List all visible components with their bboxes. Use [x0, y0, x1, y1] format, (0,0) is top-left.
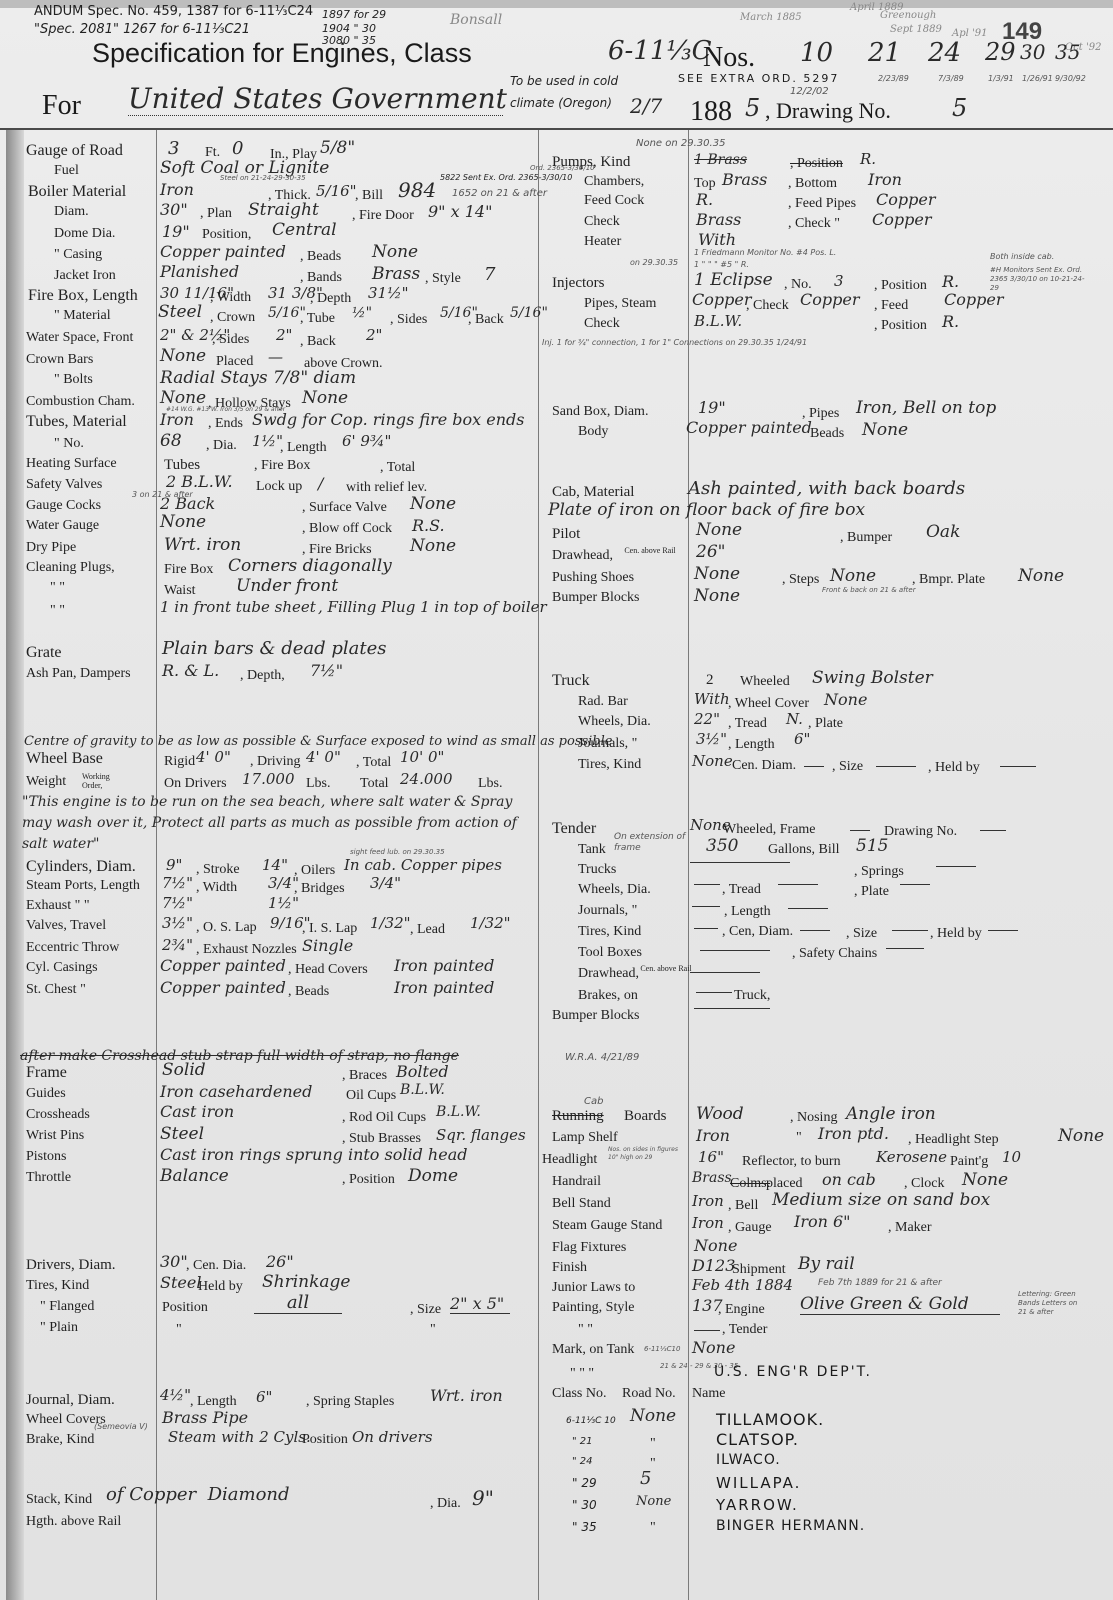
bumper-value: Oak: [926, 522, 960, 542]
cab-value: Ash painted, with back boards: [688, 478, 965, 499]
bumper-plate-value: None: [1018, 566, 1064, 586]
placed-value: —: [268, 348, 283, 366]
tender-springs-dash: [936, 866, 976, 867]
steps-value: None: [830, 566, 876, 586]
cleaning-firebox-value: Corners diagonally: [228, 556, 392, 576]
brake-value: Steam with 2 Cyls.: [168, 1428, 311, 1446]
pencil-name-bonsall: Bonsall: [450, 12, 502, 28]
lamp-shelf-value: Iron: [696, 1126, 730, 1145]
row-class-no: " 21: [572, 1436, 593, 1447]
nos-date-35: 9/30/92: [1055, 74, 1086, 83]
feed-pipes-label: , Feed Pipes: [788, 196, 856, 212]
monitor-note-3: Both inside cab.: [990, 252, 1054, 261]
casing-beads: None: [372, 242, 418, 262]
placed-value-2: on cab: [822, 1170, 876, 1189]
body-label: Body: [578, 424, 608, 440]
nos-35: 35: [1055, 40, 1080, 64]
nos-label: Nos.: [703, 42, 755, 74]
ash-pan-value: R. & L.: [162, 661, 219, 680]
extra-ord: SEE EXTRA ORD. 5297: [678, 72, 839, 85]
tender-length-label: , Length: [724, 904, 771, 920]
truck-length-label: , Length: [728, 737, 775, 753]
heater-label: Heater: [584, 234, 621, 250]
tubes-length-label: , Length: [280, 440, 327, 456]
inj-check-position-label: , Position: [874, 318, 927, 334]
flag-fixtures-value: None: [694, 1236, 737, 1255]
sand-box-value: 19": [698, 398, 726, 417]
tender-wheels-dash: [694, 884, 720, 885]
pistons-label: Pistons: [26, 1149, 66, 1165]
blow-off-value: R.S.: [412, 516, 445, 535]
steam-gauge-value: Iron: [692, 1214, 724, 1232]
journal-value: 4½": [160, 1386, 191, 1404]
firebox-depth: 31½": [368, 284, 409, 302]
drawing-value: 5: [952, 94, 967, 122]
tender-springs-label: , Springs: [854, 864, 904, 880]
steam-width-label: , Width: [196, 880, 237, 896]
jacket-label: Jacket Iron: [54, 268, 116, 284]
tender-journals-label: Journals, ": [578, 903, 637, 919]
truck-length-value: 6": [794, 730, 810, 748]
tender-size-dash: [892, 930, 928, 931]
nos-30: 30: [1020, 40, 1045, 64]
mark-ditto-value: U.S. ENG'R DEP'T.: [714, 1364, 872, 1380]
truck-size-label: , Size: [832, 759, 863, 775]
mark-on-tank-label: Mark, on Tank: [552, 1342, 634, 1358]
water-sides-label: , Sides: [212, 332, 249, 348]
gauge-cocks-value: 2 Back: [160, 494, 215, 513]
tires-label: Tires, Kind: [26, 1278, 89, 1294]
lockup-label: Lock up: [256, 479, 302, 495]
gauge-ft: 3: [168, 138, 179, 159]
cyl-casings-label: Cyl. Casings: [26, 960, 98, 976]
mark-note: 6-11⅓C10: [644, 1345, 680, 1353]
boiler-bill: 984: [398, 178, 436, 202]
bands-value: Brass: [372, 264, 420, 284]
drawhead-sub-label: Cen. above Rail: [620, 546, 680, 555]
flanged-position-value: all: [254, 1292, 342, 1314]
bridges-label: , Bridges: [294, 881, 345, 897]
painting-style-label: Painting, Style: [552, 1300, 634, 1316]
brake-label: Brake, Kind: [26, 1432, 94, 1448]
throttle-position-label: , Position: [342, 1172, 395, 1188]
boards-label-struck: Running: [552, 1108, 604, 1125]
truck-wheeled-label: Wheeled: [740, 674, 790, 690]
braces-label: , Braces: [342, 1068, 387, 1084]
lockup-value: /: [318, 474, 323, 493]
tender-length-dash: [788, 908, 828, 909]
ash-pan-label: Ash Pan, Dampers: [26, 666, 131, 682]
firebox-material: Steel: [158, 302, 202, 322]
safety-chains-dash: [886, 948, 924, 949]
grate-value: Plain bars & dead plates: [162, 638, 387, 659]
nos-29: 29: [985, 38, 1016, 66]
pumps-label: Pumps, Kind: [552, 154, 630, 171]
driving-value: 4' 0": [306, 748, 341, 766]
injector-connection-note: Inj. 1 for ¾" connection, 1 for 1" Conne…: [542, 338, 807, 347]
drivers-value: 30": [160, 1252, 188, 1271]
injectors-no-value: 3: [834, 272, 844, 290]
tool-boxes-dash: [700, 950, 770, 951]
weight-sub-label: Working Order,: [82, 772, 132, 790]
gauge-in: 0: [232, 138, 243, 159]
hollow-stays-value: None: [302, 388, 348, 408]
feed-pipes-value: Copper: [876, 190, 935, 209]
water-sides: 2": [276, 326, 292, 344]
water-back: 2": [366, 326, 382, 344]
pumps-note: None on 29.30.35: [636, 138, 725, 149]
cleaning-waist-ditto: " ": [50, 580, 65, 596]
pipes-check-value: Copper: [800, 290, 859, 309]
reflector-value: Kerosene: [876, 1148, 947, 1166]
gauge-cocks-label: Gauge Cocks: [26, 498, 101, 514]
engine-paint-label: , Engine: [718, 1302, 765, 1318]
row-road-no: 5: [640, 1468, 651, 1489]
truck-tread-value: N.: [786, 710, 803, 728]
check-label: Check: [584, 214, 620, 230]
nosing-value: Angle iron: [846, 1104, 936, 1124]
stack-label: Stack, Kind: [26, 1492, 92, 1508]
plan-label: , Plan: [200, 206, 232, 222]
gauge-label: , Gauge: [728, 1220, 772, 1236]
spring-staples-label: , Spring Staples: [306, 1394, 394, 1410]
crown-label: , Crown: [210, 310, 255, 326]
weight-total-label: Total: [360, 776, 389, 792]
stroke-value: 14": [262, 856, 288, 874]
tube-label: , Tube: [300, 311, 335, 327]
firebox-material-label: " Material: [54, 308, 111, 324]
pipes-steam-value: Copper: [692, 290, 751, 309]
injectors-note: #H Monitors Sent Ex. Ord. 2365 3/30/10 o…: [990, 266, 1090, 293]
tank-note: On extension of frame: [614, 832, 688, 854]
clock-value: None: [962, 1170, 1008, 1190]
sand-pipes-value: Iron, Bell on top: [856, 398, 996, 418]
truck-tread-label: , Tread: [728, 716, 767, 732]
headlight-step-label: , Headlight Step: [908, 1132, 999, 1148]
eccentric-label: Eccentric Throw: [26, 940, 119, 956]
surface-valve-value: None: [410, 494, 456, 514]
name-header: Name: [692, 1386, 725, 1402]
heating-surface-label: Heating Surface: [26, 456, 117, 472]
stack-height-label: Hgth. above Rail: [26, 1514, 121, 1530]
oil-cups-value: B.L.W.: [400, 1082, 445, 1098]
casing-value: Copper painted: [160, 242, 286, 261]
tires-value: Steel: [160, 1273, 201, 1292]
truck-held-label: , Held by: [928, 760, 980, 776]
exhaust-width: 1½": [268, 894, 299, 912]
row-class-no: " 29: [572, 1476, 597, 1490]
wheel-covers-value: Brass Pipe: [162, 1408, 248, 1427]
water-gauge-value: None: [160, 512, 206, 532]
tender-held-dash: [988, 930, 1018, 931]
drawing-label: , Drawing No.: [765, 98, 891, 124]
cab-note: Plate of iron on floor back of fire box: [548, 500, 865, 520]
head-covers-value: Iron painted: [394, 956, 494, 975]
painting-label: Paint'g: [950, 1154, 988, 1170]
injectors-position-value: R.: [942, 272, 959, 291]
truck-label: Truck: [552, 672, 590, 690]
tender-trucks-dash: [690, 862, 790, 863]
pipes-feed-value: Copper: [944, 290, 1003, 309]
beach-note: "This engine is to be run on the sea bea…: [22, 792, 542, 855]
rad-bar-label: Rad. Bar: [578, 694, 628, 710]
page-title: Specification for Engines, Class: [92, 38, 472, 69]
tender-drawhead-dash: [690, 972, 760, 973]
truck-held-dash: [1000, 766, 1036, 767]
throttle-label: Throttle: [26, 1170, 71, 1186]
boards-insert: Cab: [584, 1096, 603, 1107]
truck-wheels-label: Wheels, Dia.: [578, 714, 651, 730]
feed-cock-value: R.: [696, 190, 713, 209]
row-name: YARROW.: [716, 1496, 799, 1514]
painting-tender-ditto: " ": [578, 1322, 593, 1338]
bridges-value: 3/4": [370, 874, 401, 892]
tender-drawing-label: Drawing No.: [884, 824, 957, 840]
valves-value: 3½": [162, 914, 193, 932]
year-suffix: 5: [745, 94, 760, 122]
finish-value: D123: [692, 1256, 735, 1275]
tubes-no-value: 68: [160, 431, 182, 451]
headlight-note: Nos. on sides in figures 10" high on 29: [608, 1146, 688, 1162]
cylinders-label: Cylinders, Diam.: [26, 858, 136, 876]
monitor-note-1: 1 Friedmann Monitor No. #4 Pos. L.: [694, 248, 836, 257]
cleaning-other-ditto: " ": [50, 603, 65, 619]
diam-value: 30": [160, 200, 188, 219]
guides-value: Iron casehardened: [160, 1082, 312, 1101]
wb-total-label: , Total: [356, 755, 391, 771]
casing-label: " Casing: [54, 247, 102, 263]
throttle-value: Balance: [160, 1166, 229, 1186]
truck-cen-label: Cen. Diam.: [732, 758, 796, 774]
cleaning-waist-label: Waist: [164, 583, 196, 599]
nos-date-30: 1/26/91: [1022, 74, 1053, 83]
body-beads-label: Beads: [810, 426, 844, 442]
casing-beads-label: , Beads: [300, 249, 341, 265]
ash-depth-label: , Depth,: [240, 668, 285, 684]
os-lap-label: , O. S. Lap: [196, 920, 257, 936]
exhaust-value: 7½": [162, 894, 193, 912]
tender-drawhead-sub-label: Cen. above Rail: [640, 964, 692, 973]
tender-drawhead-label: Drawhead,: [578, 966, 639, 982]
truck-tires-label: Tires, Kind: [578, 757, 641, 773]
chambers-bottom-value: Iron: [868, 170, 902, 189]
tubes-ends-value: Swdg for Cop. rings fire box ends: [252, 410, 525, 429]
stack-dia-label: , Dia.: [430, 1496, 461, 1512]
wheel-cover-value: None: [824, 690, 867, 709]
injectors-label: Injectors: [552, 275, 604, 292]
boards-value: Wood: [696, 1104, 744, 1124]
lbs-label-1: Lbs.: [306, 776, 331, 792]
tender-plate-dash: [900, 884, 930, 885]
nos-24: 24: [928, 38, 961, 68]
st-chest-beads-value: Iron painted: [394, 978, 494, 997]
tender-cen-label: , Cen, Diam.: [722, 924, 793, 940]
truck-cen-dash: [804, 766, 824, 767]
style-value: 7: [484, 264, 495, 285]
steps-label: , Steps: [782, 572, 819, 588]
boiler-thick: 5/16": [316, 182, 357, 200]
sides-label: , Sides: [390, 312, 427, 328]
filling-plug-value: , Filling Plug 1 in top of boiler: [318, 598, 547, 616]
dome-position-label: Position,: [202, 227, 251, 243]
pumps-position-value: R.: [860, 150, 876, 168]
frame-value: Solid: [162, 1060, 206, 1080]
reflector-label: Reflector, to burn: [742, 1154, 841, 1170]
sand-box-label: Sand Box, Diam.: [552, 404, 648, 420]
headlight-value: 16": [698, 1148, 724, 1166]
stub-brasses-value: Sqr. flanges: [436, 1126, 526, 1144]
tender-drawing-dash: [980, 830, 1006, 831]
water-gauge-label: Water Gauge: [26, 518, 99, 534]
gauge-play: 5/8": [320, 138, 355, 158]
nozzles-value: Single: [302, 936, 353, 955]
truck-journals-label: Journals, ": [578, 736, 637, 752]
handrail-struck: Colms.: [730, 1176, 770, 1192]
brake-position-value: On drivers: [352, 1428, 433, 1446]
rigid-value: 4' 0": [196, 748, 231, 766]
row-name: CLATSOP.: [716, 1430, 799, 1449]
firebox-depth-label: , Depth: [310, 291, 351, 307]
shipment-value: By rail: [798, 1254, 855, 1274]
tank-bill-value: 515: [856, 836, 888, 856]
bell-label: , Bell: [728, 1198, 758, 1214]
water-back-label: , Back: [300, 334, 336, 350]
lamp-shelf-ditto: ": [796, 1130, 802, 1146]
tender-frame-dash: [850, 830, 870, 831]
tubes-material-value: Iron: [160, 410, 194, 429]
row-class-no: " 24: [572, 1456, 593, 1467]
bumper-blocks-label: Bumper Blocks: [552, 590, 640, 606]
cylinders-note: sight feed lub. on 29.30.35: [350, 848, 445, 856]
back-label: , Back: [468, 312, 504, 328]
spring-staples-value: Wrt. iron: [430, 1386, 503, 1405]
tubes-ends-label: , Ends: [208, 416, 243, 432]
tender-trucks-label: Trucks: [578, 862, 616, 878]
wrist-pins-value: Steel: [160, 1124, 204, 1144]
row-name: ILWACO.: [716, 1452, 781, 1468]
monitor-note-2: 1 " " " #5 " R.: [694, 260, 749, 269]
row-class-no: " 35: [572, 1520, 597, 1534]
row-road-no: ": [650, 1436, 656, 1452]
pushing-shoes-value: None: [694, 564, 740, 584]
stack-value: of Copper Diamond: [106, 1484, 290, 1505]
brake-note: (Semeovia V): [94, 1422, 148, 1431]
stack-dia-value: 9": [472, 1486, 494, 1510]
dome-label: Dome Dia.: [54, 226, 115, 242]
finish-label: Finish: [552, 1260, 587, 1276]
row-road-no: None: [630, 1406, 676, 1426]
rod-oil-cups-value: B.L.W.: [436, 1104, 481, 1120]
injectors-value: 1 Eclipse: [694, 270, 773, 290]
tool-boxes-label: Tool Boxes: [578, 945, 642, 961]
brakes-on-dash: [696, 992, 732, 993]
wrist-pins-label: Wrist Pins: [26, 1128, 84, 1144]
braces-value: Bolted: [396, 1062, 449, 1081]
pipes-check-label: , Check: [746, 298, 789, 314]
row-class-no: " 30: [572, 1498, 597, 1512]
bell-stand-label: Bell Stand: [552, 1196, 611, 1212]
tube-value: ½": [352, 305, 372, 321]
handrail-label: Handrail: [552, 1174, 601, 1190]
rad-bar-value: With: [694, 690, 730, 708]
tubes-length: 6' 9¾": [342, 432, 391, 450]
heater-value: With: [698, 230, 736, 249]
steam-ports-label: Steam Ports, Length: [26, 878, 140, 894]
bolts-value: Radial Stays 7/8" diam: [160, 368, 356, 388]
driving-label: , Driving: [250, 754, 301, 770]
pipes-feed-label: , Feed: [874, 298, 908, 314]
truck-tires-value: None: [692, 752, 733, 770]
drawhead-value: 26": [696, 542, 725, 562]
center-divider: [538, 130, 539, 1600]
mark-value: None: [692, 1338, 735, 1357]
bell-value: Medium size on sand box: [772, 1190, 990, 1210]
pilot-label: Pilot: [552, 526, 580, 543]
wb-total-value: 10' 0": [400, 748, 444, 766]
boiler-bill-label: , Bill: [355, 188, 383, 204]
tires-held-label: Held by: [198, 1279, 243, 1295]
tender-tread-label: , Tread: [722, 882, 761, 898]
left-col-divider: [156, 130, 157, 1600]
crossheads-label: Crossheads: [26, 1107, 90, 1123]
weight-label: Weight: [26, 774, 66, 790]
truck-journals-value: 3½": [696, 730, 727, 748]
cleaning-waist-value: Under front: [236, 576, 338, 596]
nos-21: 21: [868, 38, 901, 68]
tender-tires-dash: [694, 928, 718, 929]
boiler-bill-note2: 1652 on 21 & after: [452, 188, 547, 199]
tender-paint-label: , Tender: [722, 1322, 767, 1338]
addendum-note-1: ANDUM Spec. No. 459, 1387 for 6-11⅓C24: [34, 4, 313, 19]
diam-label: Diam.: [54, 204, 89, 220]
row-road-no: None: [636, 1494, 671, 1509]
safety-chains-label: , Safety Chains: [792, 946, 877, 962]
row-name: WILLAPA.: [716, 1474, 801, 1492]
bumper-plate-label: , Bmpr. Plate: [912, 572, 985, 588]
gauge-value: Iron 6": [794, 1212, 851, 1231]
flanged-label: " Flanged: [40, 1299, 94, 1315]
firebox-length-label: Fire Box, Length: [28, 287, 138, 305]
bumper-label: , Bumper: [840, 530, 892, 546]
frame-label: Frame: [26, 1064, 67, 1082]
cylinders-value: 9": [166, 856, 182, 874]
truck-plate-label: , Plate: [808, 716, 843, 732]
handrail-value: Brass: [692, 1170, 732, 1186]
heating-total-label: , Total: [380, 460, 415, 476]
drivers-label: Drivers, Diam.: [26, 1257, 116, 1274]
tender-plate-label: , Plate: [854, 884, 889, 900]
headlight-step-value: None: [1058, 1126, 1104, 1146]
feed-cock-label: Feed Cock: [584, 193, 644, 209]
pencil-name-greenough: Greenough: [880, 10, 936, 21]
engine-paint-value: Olive Green & Gold: [800, 1294, 1000, 1315]
boiler-material-note: Steel on 21-24-29-30-35: [220, 174, 306, 182]
surface-valve-label: , Surface Valve: [302, 500, 387, 516]
painting-value: 10: [1002, 1148, 1021, 1166]
row-class-no: 6-11⅓C 10: [566, 1416, 616, 1426]
gravity-note: Centre of gravity to be as low as possib…: [24, 734, 612, 749]
jacket-value: Planished: [160, 262, 239, 281]
crosshead-note-signature: W.R.A. 4/21/89: [565, 1052, 639, 1063]
crown-bars-label: Crown Bars: [26, 352, 93, 368]
safety-valves-label: Safety Valves: [26, 477, 102, 493]
grate-label: Grate: [26, 644, 62, 662]
guides-label: Guides: [26, 1086, 66, 1102]
steam-ports-value: 7½": [162, 874, 193, 892]
cyl-casings-value: Copper painted: [160, 956, 286, 975]
check-check-value: Copper: [872, 210, 931, 229]
painting-note: Lettering: Green Bands Letters on 21 & a…: [1018, 1290, 1078, 1317]
